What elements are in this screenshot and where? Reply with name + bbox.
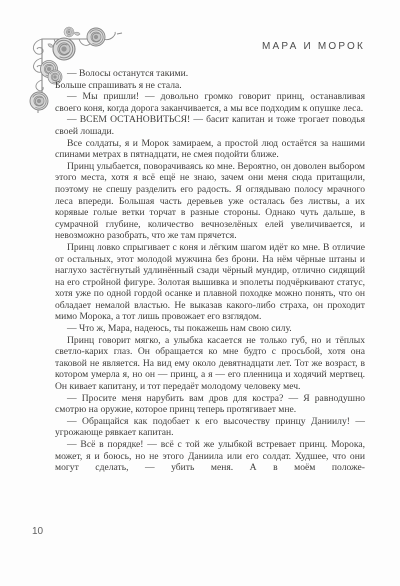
paragraph: — Что ж, Мара, надеюсь, ты покажешь нам … xyxy=(55,323,365,335)
paragraph: — Просите меня нарубить вам дров для кос… xyxy=(55,393,365,416)
paragraph: — Обращайся как подобает к его высочеств… xyxy=(55,416,365,439)
text-block: — Волосы останутся такими.Больше спрашив… xyxy=(55,68,365,474)
paragraph: — Мы пришли! — довольно громко говорит п… xyxy=(55,91,365,114)
paragraph: Принц ловко спрыгивает с коня и лёгким ш… xyxy=(55,242,365,323)
paragraph: Больше спрашивать я не стала. xyxy=(55,80,365,92)
book-page: МАРА И МОРОК — Волосы останутся такими.Б… xyxy=(0,0,400,586)
paragraph: — Волосы останутся такими. xyxy=(55,68,365,80)
paragraph: Принц улыбается, поворачиваясь ко мне. В… xyxy=(55,161,365,242)
paragraph: Все солдаты, я и Морок замираем, а прост… xyxy=(55,138,365,161)
running-header: МАРА И МОРОК xyxy=(262,41,365,52)
page-number: 10 xyxy=(32,526,43,537)
paragraph: — Всё в порядке! — всё с той же улыбкой … xyxy=(55,439,365,474)
paragraph: — ВСЕМ ОСТАНОВИТЬСЯ! — басит капитан и т… xyxy=(55,114,365,137)
paragraph: Принц говорит мягко, а улыбка касается н… xyxy=(55,335,365,393)
